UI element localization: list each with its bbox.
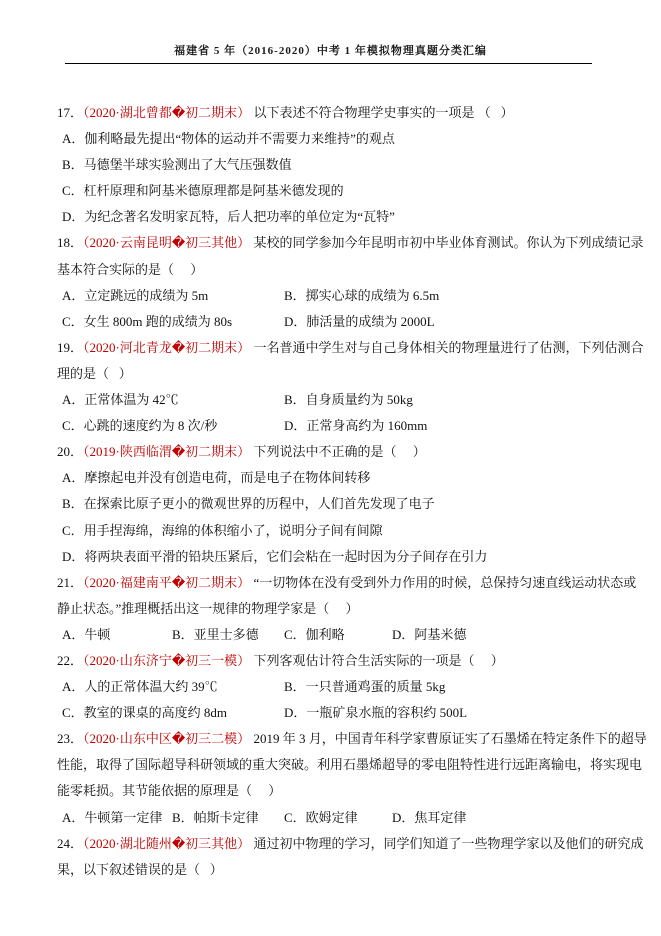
option-c: C．欧姆定律 [284, 805, 392, 831]
question-text: 通过初中物理的学习，同学们知道了一些物理学家以及他们的研究成 [250, 836, 643, 851]
question-number: 19． [57, 340, 83, 355]
option-a: A．摩擦起电并没有创造电荷，而是电子在物体间转移 [57, 465, 617, 491]
option-c: C．用手捏海绵，海绵的体积缩小了，说明分子间有间隙 [57, 518, 617, 544]
option-d: D．肺活量的成绩为 2000L [284, 314, 435, 329]
option-d: D．一瓶矿泉水瓶的容积约 500L [284, 705, 467, 720]
option-row: A．牛顿第一定律B．帕斯卡定律C．欧姆定律D．焦耳定律 [57, 805, 617, 831]
question-text: “一切物体在没有受到外力作用的时候，总保持匀速直线运动状态或 [250, 575, 636, 590]
option-b: B．亚里士多德 [172, 622, 284, 648]
option-b: B．一只普通鸡蛋的质量 5kg [284, 679, 445, 694]
option-c: C．杠杆原理和阿基米德原理都是阿基米德发现的 [57, 178, 617, 204]
option-d: D．焦耳定律 [392, 810, 466, 825]
option-d: D．将两块表面平滑的铅块压紧后，它们会粘在一起时因为分子间存在引力 [57, 544, 617, 570]
question-number: 23． [57, 731, 83, 746]
questions-list: 17．（2020·湖北曾都�初二期末） 以下表述不符合物理学史事实的一项是 （ … [57, 100, 617, 883]
option-row: A．立定跳远的成绩为 5mB．掷实心球的成绩为 6.5m [57, 283, 617, 309]
question-23: 23．（2020·山东中区�初三二模） 2019 年 3 月，中国青年科学家曹原… [57, 726, 617, 830]
question-stem: 22．（2020·山东济宁�初三一模） 下列客观估计符合生活实际的一项是（ ） [57, 648, 617, 674]
question-citation: （2020·云南昆明�初三其他） [83, 235, 250, 250]
question-18: 18．（2020·云南昆明�初三其他） 某校的同学参加今年昆明市初中毕业体育测试… [57, 230, 617, 334]
question-21: 21．（2020·福建南平�初二期末） “一切物体在没有受到外力作用的时候，总保… [57, 570, 617, 648]
question-20: 20．（2019·陕西临渭�初二期末） 下列说法中不正确的是（ ） A．摩擦起电… [57, 439, 617, 569]
question-stem-continued: 性能，取得了国际超导科研领域的重大突破。利用石墨烯超导的零电阻特性进行远距离输电… [57, 752, 617, 778]
question-text: 下列说法中不正确的是（ ） [250, 444, 426, 459]
question-stem-continued: 静止状态。”推理概括出这一规律的物理学家是（ ） [57, 596, 617, 622]
option-row: A．人的正常体温大约 39℃B．一只普通鸡蛋的质量 5kg [57, 674, 617, 700]
question-citation: （2020·湖北曾都�初二期末） [83, 105, 250, 120]
question-22: 22．（2020·山东济宁�初三一模） 下列客观估计符合生活实际的一项是（ ） … [57, 648, 617, 726]
option-d: D．为纪念著名发明家瓦特，后人把功率的单位定为“瓦特” [57, 204, 617, 230]
option-b: B．自身质量约为 50kg [284, 392, 413, 407]
question-stem: 23．（2020·山东中区�初三二模） 2019 年 3 月，中国青年科学家曹原… [57, 726, 617, 752]
question-citation: （2019·陕西临渭�初二期末） [83, 444, 250, 459]
option-d: D．阿基米德 [392, 627, 466, 642]
question-number: 17． [57, 105, 83, 120]
option-row: C．心跳的速度约为 8 次/秒D．正常身高约为 160mm [57, 413, 617, 439]
question-stem: 24．（2020·湖北随州�初三其他） 通过初中物理的学习，同学们知道了一些物理… [57, 831, 617, 857]
question-stem-continued: 理的是（ ） [57, 361, 617, 387]
question-text: 一名普通中学生对与自己身体相关的物理量进行了估测，下列估测合 [250, 340, 643, 355]
question-stem: 21．（2020·福建南平�初二期末） “一切物体在没有受到外力作用的时候，总保… [57, 570, 617, 596]
option-c: C．女生 800m 跑的成绩为 80s [62, 309, 284, 335]
option-b: B．在探索比原子更小的微观世界的历程中，人们首先发现了电子 [57, 491, 617, 517]
option-b: B．帕斯卡定律 [172, 805, 284, 831]
question-citation: （2020·山东中区�初三二模） [83, 731, 250, 746]
question-number: 24． [57, 836, 83, 851]
option-row: C．女生 800m 跑的成绩为 80sD．肺活量的成绩为 2000L [57, 309, 617, 335]
option-c: C．伽利略 [284, 622, 392, 648]
option-a: A．伽利略最先提出“物体的运动并不需要力来维持”的观点 [57, 126, 617, 152]
question-citation: （2020·湖北随州�初三其他） [83, 836, 250, 851]
option-c: C．教室的课桌的高度约 8dm [62, 700, 284, 726]
question-17: 17．（2020·湖北曾都�初二期末） 以下表述不符合物理学史事实的一项是 （ … [57, 100, 617, 230]
question-text: 2019 年 3 月，中国青年科学家曹原证实了石墨烯在特定条件下的超导 [250, 731, 647, 746]
question-text: 下列客观估计符合生活实际的一项是（ ） [250, 653, 504, 668]
question-stem-continued: 能零耗损。其节能依据的原理是（ ） [57, 778, 617, 804]
question-number: 18． [57, 235, 83, 250]
header-divider [65, 63, 592, 64]
option-c: C．心跳的速度约为 8 次/秒 [62, 413, 284, 439]
page-title: 福建省 5 年（2016-2020）中考 1 年模拟物理真题分类汇编 [0, 42, 661, 58]
option-row: C．教室的课桌的高度约 8dmD．一瓶矿泉水瓶的容积约 500L [57, 700, 617, 726]
question-stem: 19．（2020·河北青龙�初二期末） 一名普通中学生对与自己身体相关的物理量进… [57, 335, 617, 361]
question-24: 24．（2020·湖北随州�初三其他） 通过初中物理的学习，同学们知道了一些物理… [57, 831, 617, 883]
question-number: 20． [57, 444, 83, 459]
question-number: 21． [57, 575, 83, 590]
question-stem: 20．（2019·陕西临渭�初二期末） 下列说法中不正确的是（ ） [57, 439, 617, 465]
option-a: A．正常体温为 42℃ [62, 387, 284, 413]
question-number: 22． [57, 653, 83, 668]
question-stem-continued: 果，以下叙述错误的是（ ） [57, 857, 617, 883]
document-page: 福建省 5 年（2016-2020）中考 1 年模拟物理真题分类汇编 17．（2… [0, 0, 661, 936]
question-citation: （2020·山东济宁�初三一模） [83, 653, 250, 668]
question-stem-continued: 基本符合实际的是（ ） [57, 257, 617, 283]
option-row: A．正常体温为 42℃B．自身质量约为 50kg [57, 387, 617, 413]
option-d: D．正常身高约为 160mm [284, 418, 427, 433]
option-a: A．牛顿 [62, 622, 172, 648]
question-citation: （2020·河北青龙�初二期末） [83, 340, 250, 355]
option-a: A．牛顿第一定律 [62, 805, 172, 831]
option-a: A．人的正常体温大约 39℃ [62, 674, 284, 700]
option-a: A．立定跳远的成绩为 5m [62, 283, 284, 309]
option-row: A．牛顿B．亚里士多德C．伽利略D．阿基米德 [57, 622, 617, 648]
question-19: 19．（2020·河北青龙�初二期末） 一名普通中学生对与自己身体相关的物理量进… [57, 335, 617, 439]
question-citation: （2020·福建南平�初二期末） [83, 575, 250, 590]
option-b: B．掷实心球的成绩为 6.5m [284, 288, 439, 303]
question-text: 以下表述不符合物理学史事实的一项是 （ ） [250, 105, 513, 120]
question-stem: 18．（2020·云南昆明�初三其他） 某校的同学参加今年昆明市初中毕业体育测试… [57, 230, 617, 256]
option-b: B．马德堡半球实验测出了大气压强数值 [57, 152, 617, 178]
question-text: 某校的同学参加今年昆明市初中毕业体育测试。你认为下列成绩记录 [250, 235, 643, 250]
question-stem: 17．（2020·湖北曾都�初二期末） 以下表述不符合物理学史事实的一项是 （ … [57, 100, 617, 126]
